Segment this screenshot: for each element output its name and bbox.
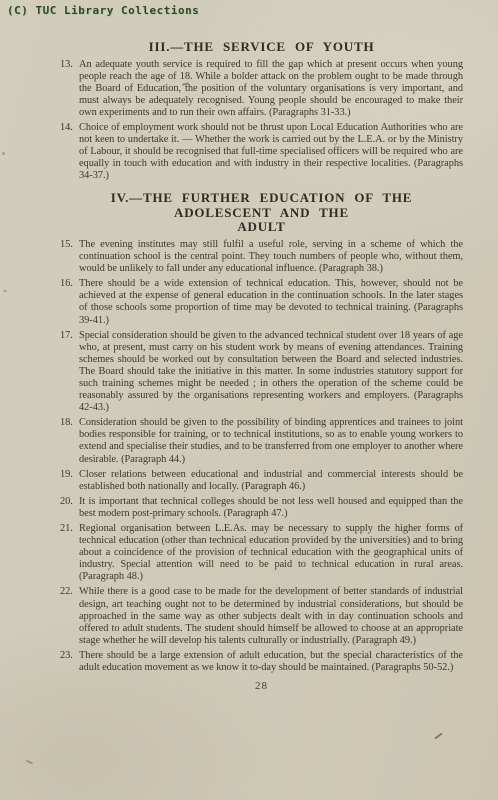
paragraph-text: An adequate youth service is required to… <box>79 59 463 118</box>
section-heading-line: III.—THE SERVICE OF YOUTH <box>60 40 463 55</box>
numbered-paragraph: 17.Special consideration should be given… <box>60 330 463 415</box>
numbered-paragraph: 18.Consideration should be given to the … <box>60 417 463 465</box>
paragraph-number: 21. <box>60 523 73 535</box>
paragraph-number: 23. <box>60 650 73 662</box>
paragraph-number: 17. <box>60 330 73 342</box>
paragraph-number: 22. <box>60 586 73 598</box>
document-content: III.—THE SERVICE OF YOUTH13.An adequate … <box>60 40 463 692</box>
paragraph-text: Choice of employment work should not be … <box>79 122 463 181</box>
page-number: 28 <box>60 680 463 692</box>
section-heading-line: ADULT <box>60 220 463 235</box>
library-watermark: (C) TUC Library Collections <box>7 4 199 17</box>
section-heading: IV.—THE FURTHER EDUCATION OF THE ADOLESC… <box>60 191 463 235</box>
numbered-paragraph: 15.The evening institutes may still fulf… <box>60 239 463 275</box>
numbered-paragraph: 13.An adequate youth service is required… <box>60 59 463 119</box>
paragraph-text: Special consideration should be given to… <box>79 330 463 414</box>
paragraph-text: There should be a large extension of adu… <box>79 650 463 673</box>
numbered-paragraph: 19.Closer relations between educational … <box>60 469 463 493</box>
paragraph-text: While there is a good case to be made fo… <box>79 586 463 645</box>
scan-artifact <box>3 289 7 293</box>
scan-artifact <box>434 733 443 740</box>
section-heading: III.—THE SERVICE OF YOUTH <box>60 40 463 55</box>
paragraph-number: 13. <box>60 59 73 71</box>
document-section: III.—THE SERVICE OF YOUTH13.An adequate … <box>60 40 463 182</box>
section-heading-line: IV.—THE FURTHER EDUCATION OF THE ADOLESC… <box>60 191 463 220</box>
paragraph-number: 14. <box>60 122 73 134</box>
paragraph-text: There should be a wide extension of tech… <box>79 278 463 325</box>
paragraph-text: It is important that technical colleges … <box>79 496 463 519</box>
numbered-paragraph: 16.There should be a wide extension of t… <box>60 278 463 326</box>
paragraph-number: 16. <box>60 278 73 290</box>
paragraph-number: 20. <box>60 496 73 508</box>
paragraph-number: 18. <box>60 417 73 429</box>
numbered-paragraph: 14.Choice of employment work should not … <box>60 122 463 182</box>
numbered-paragraph: 22.While there is a good case to be made… <box>60 586 463 646</box>
paragraph-text: Closer relations between educational and… <box>79 469 463 492</box>
paragraph-number: 15. <box>60 239 73 251</box>
numbered-paragraph: 23.There should be a large extension of … <box>60 650 463 674</box>
scan-artifact <box>2 152 5 155</box>
document-section: IV.—THE FURTHER EDUCATION OF THE ADOLESC… <box>60 191 463 674</box>
sections: III.—THE SERVICE OF YOUTH13.An adequate … <box>60 40 463 674</box>
paragraph-text: Regional organisation between L.E.As. ma… <box>79 523 463 582</box>
numbered-paragraph: 20.It is important that technical colleg… <box>60 496 463 520</box>
scanned-document-page: (C) TUC Library Collections III.—THE SER… <box>0 0 498 800</box>
paragraph-text: Consideration should be given to the pos… <box>79 417 463 464</box>
numbered-paragraph: 21.Regional organisation between L.E.As.… <box>60 523 463 583</box>
paragraph-text: The evening institutes may still fulfil … <box>79 239 463 274</box>
scan-artifact <box>26 760 33 764</box>
paragraph-number: 19. <box>60 469 73 481</box>
